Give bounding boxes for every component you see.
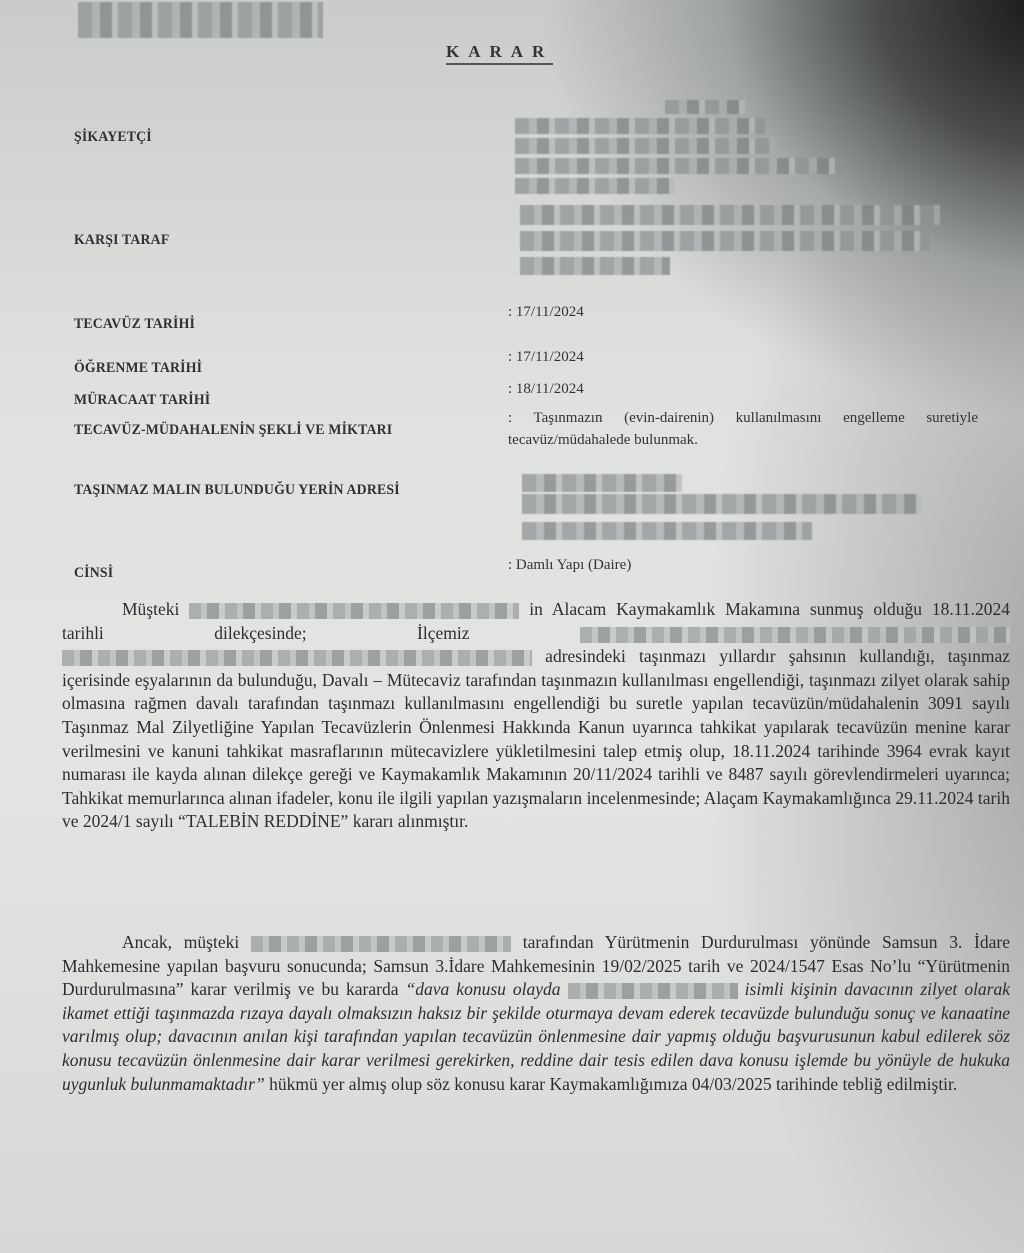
redacted-name-2 xyxy=(568,983,738,999)
paragraph-2: Ancak, müşteki tarafından Yürütmenin Dur… xyxy=(62,931,1010,1096)
value-sikayetci-redacted xyxy=(515,100,855,194)
value-karsi-taraf-redacted xyxy=(520,205,950,275)
label-tecavuz-tarihi: TECAVÜZ TARİHİ xyxy=(74,316,195,333)
redacted-address xyxy=(580,627,1010,643)
p1-text-1: Müşteki xyxy=(122,599,179,619)
value-tecavuz-tarihi: : 17/11/2024 xyxy=(508,304,584,321)
value-adres-redacted xyxy=(522,474,942,540)
label-sikayetci: ŞİKAYETÇİ xyxy=(74,129,152,146)
redacted-address-2 xyxy=(62,650,532,666)
value-sekil-miktar: : Taşınmazın (evin-dairenin) kullanılmas… xyxy=(508,407,978,451)
p2-quote-1: “dava konusu olayda xyxy=(406,979,561,999)
label-muracaat-tarihi: MÜRACAAT TARİHİ xyxy=(74,392,210,409)
document-page: KARAR ŞİKAYETÇİ KARŞI TARAF TECAVÜZ TARİ… xyxy=(0,0,1024,1253)
label-cinsi: CİNSİ xyxy=(74,565,113,582)
paragraph-1: Müşteki in Alacam Kaymakamlık Makamına s… xyxy=(62,598,1010,834)
redacted-name xyxy=(251,936,511,952)
document-title: KARAR xyxy=(446,42,553,65)
redacted-name xyxy=(189,603,519,619)
value-muracaat-tarihi: : 18/11/2024 xyxy=(508,381,584,398)
p2-text-1: Ancak, müşteki xyxy=(122,932,239,952)
label-adres: TAŞINMAZ MALIN BULUNDUĞU YERİN ADRESİ xyxy=(74,482,400,499)
p2-text-3: hükmü yer almış olup söz konusu karar Ka… xyxy=(269,1074,957,1094)
redacted-header xyxy=(78,2,323,38)
value-ogrenme-tarihi: : 17/11/2024 xyxy=(508,349,584,366)
value-cinsi: : Damlı Yapı (Daire) xyxy=(508,557,631,574)
label-karsi-taraf: KARŞI TARAF xyxy=(74,232,169,249)
label-ogrenme-tarihi: ÖĞRENME TARİHİ xyxy=(74,360,202,377)
p1-text-3: adresindeki taşınmazı yıllardır şahsının… xyxy=(62,646,1010,831)
label-sekil-miktar: TECAVÜZ-MÜDAHALENİN ŞEKLİ VE MİKTARI xyxy=(74,422,392,439)
